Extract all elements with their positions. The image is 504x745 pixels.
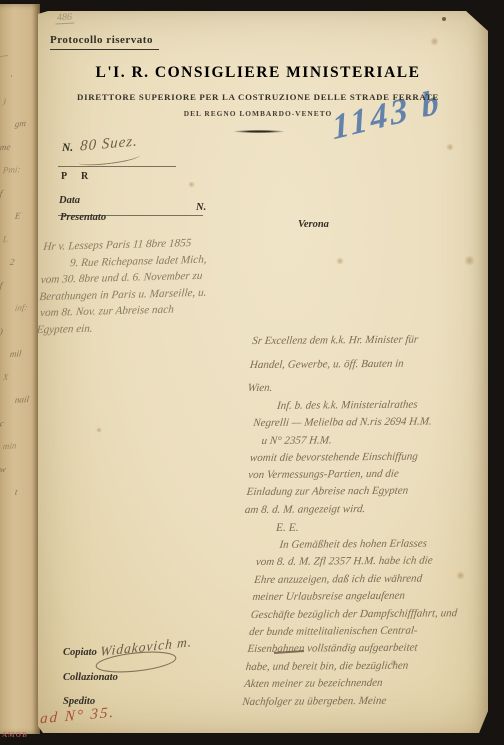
number2-label: N. [196, 202, 206, 213]
facing-page-edge: —')gmmePmi:fEL2finf:)milXnailcminwt [0, 4, 40, 734]
scanned-document: { "colors":{"paper":"#ebdebd","ink":"#7d… [0, 0, 504, 745]
handwritten-line: von Vermessungs-Partien, und die [247, 465, 489, 484]
cutoff-handwriting-fragment: X [2, 371, 40, 383]
body-paragraph-2: In Gemäßheit des hohen Erlassesvom 8. d.… [242, 535, 499, 711]
cutoff-handwriting-fragment: E [14, 210, 40, 221]
cutoff-handwriting-fragment: — [0, 49, 41, 61]
form-rule [58, 166, 176, 167]
handwritten-line: Ehre anzuzeigen, daß ich die während [253, 570, 495, 589]
number-label: N. [62, 142, 73, 154]
handwritten-line: vom 8. d. M. Zfl 2357 H.M. habe ich die [255, 552, 497, 572]
cutoff-handwriting-fragment: t [14, 486, 40, 497]
handwritten-line: u N° 2357 H.M. [251, 431, 493, 450]
letterhead-title: L'I. R. CONSIGLIERE MINISTERIALE [38, 64, 478, 82]
cutoff-handwriting-fragment: ) [0, 325, 41, 337]
address-block: Sr Excellenz dem k.k. Hr. Minister fürHa… [246, 328, 493, 401]
cutoff-handwriting-fragment: Pmi: [2, 164, 40, 176]
letterhead-divider [234, 130, 284, 133]
cutoff-handwriting-fragment: c [0, 417, 41, 429]
presentato-label: Presentato [60, 212, 106, 223]
foxing-spot [336, 257, 344, 265]
handwritten-line: habe, und bereit bin, die bezüglichen [245, 657, 487, 676]
body-paragraph-1: Inf. b. des k.k. MinisterialrathesNegrel… [244, 396, 496, 519]
cutoff-handwriting-fragment: min [2, 440, 40, 452]
foxing-spot [464, 255, 475, 266]
cutoff-handwriting-fragment: L [2, 233, 40, 245]
handwritten-line: Akten meiner zu bezeichnenden [243, 674, 485, 694]
foxing-spot [96, 427, 102, 433]
protocollo-riservato-stamp: Protocollo riservato [50, 34, 159, 50]
cutoff-handwriting-fragment: gm [14, 118, 40, 129]
handwritten-line: Negrelli — Melielba ad N.ris 2694 H.M. [252, 413, 494, 432]
data-label: Data [59, 195, 80, 206]
letterhead-region-line: DEL REGNO LOMBARDO-VENETO [38, 109, 478, 118]
letterhead-subtitle: DIRETTORE SUPERIORE PER LA COSTRUZIONE D… [38, 92, 478, 102]
foxing-spot [446, 143, 454, 151]
cutoff-handwriting-fragment: ) [2, 95, 40, 107]
handwritten-line: Geschäfte bezüglich der Dampfschifffahrt… [250, 605, 492, 624]
handwritten-line: In Gemäßheit des hohen Erlasses [257, 535, 499, 555]
handwritten-line: Eisenbahnen vollständig aufgearbeitet [247, 639, 489, 658]
handwritten-line: Sr Excellenz dem k.k. Hr. Minister für [251, 328, 493, 354]
registry-margin-note: Hr v. Lesseps Paris 11 8bre 18559. Rue R… [36, 233, 279, 338]
cutoff-handwriting-fragment: 2 [9, 256, 40, 267]
handwritten-line: Handel, Gewerbe, u. öff. Bauten in [249, 351, 491, 377]
red-reference-note: ad N° 35. [40, 705, 116, 729]
handwritten-line: meiner Urlaubsreise angelaufenen [252, 587, 494, 606]
pencil-folio-number: 486 [55, 12, 75, 25]
cutoff-handwriting-fragment: nail [14, 394, 40, 405]
salutation: E. E. [276, 522, 299, 534]
letter-page: 486 1143 b Protocollo riservato L'I. R. … [38, 11, 488, 733]
cutoff-handwriting-fragment: me [0, 141, 41, 153]
foxing-spot [188, 181, 195, 188]
place-label: Verona [298, 219, 329, 230]
cutoff-handwriting-fragment: mil [9, 348, 40, 359]
handwritten-line: womit die bevorstehende Einschiffung [249, 448, 491, 467]
archive-stamp-fragment: AMOB [2, 731, 28, 739]
ink-speck [442, 17, 446, 21]
handwritten-line: Nachfolger zu übergeben. Meine [242, 692, 484, 712]
foxing-spot [430, 37, 439, 46]
cutoff-handwriting-fragment: f [0, 187, 41, 199]
cutoff-handwriting-fragment: f [0, 279, 41, 291]
cutoff-handwriting-fragment: ' [9, 72, 40, 83]
handwritten-line: Einladung zur Abreise nach Egypten [246, 482, 488, 501]
cutoff-handwriting-fragment: inf: [14, 302, 40, 313]
cutoff-handwriting-fragment: w [0, 463, 41, 475]
spedito-label: Spedito [63, 696, 95, 707]
handwritten-line: am 8. d. M. angezeigt wird. [244, 500, 486, 519]
handwritten-line: Inf. b. des k.k. Ministerialrathes [254, 396, 496, 415]
pr-label: P R [61, 171, 94, 182]
handwritten-line: der bunde mittelitalienischen Central- [248, 622, 490, 641]
